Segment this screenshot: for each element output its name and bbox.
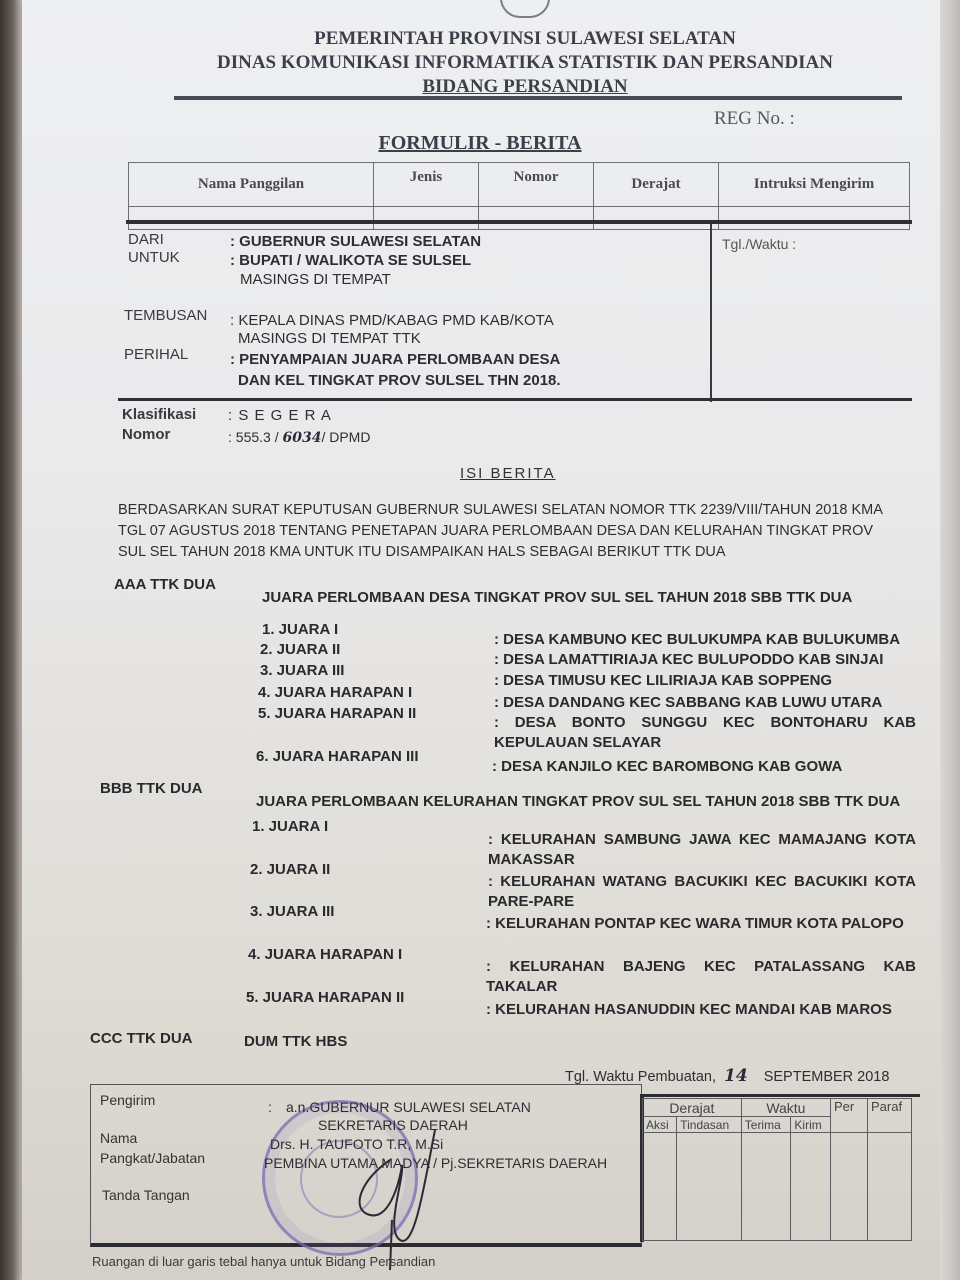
b-rank-5: 5. JUARA HARAPAN II [246, 989, 404, 1006]
a-value-5: : DESA BONTO SUNGGU KEC BONTOHARU KAB KE… [494, 713, 916, 753]
b-value-3: : KELURAHAN PONTAP KEC WARA TIMUR KOTA P… [486, 914, 916, 934]
col-jenis: Jenis [374, 163, 479, 207]
klasifikasi-label: Klasifikasi [122, 406, 196, 423]
value-untuk-cont: MASINGS DI TEMPAT [240, 271, 391, 288]
sender-line-2: SEKRETARIS DAERAH [318, 1117, 468, 1133]
header-line-1: PEMERINTAH PROVINSI SULAWESI SELATAN [150, 28, 900, 50]
receipt-cell-per [831, 1133, 868, 1241]
section-b-title: JUARA PERLOMBAAN KELURAHAN TINGKAT PROV … [256, 793, 900, 810]
label-dari: DARI [128, 231, 164, 248]
sender-line-1: a.n.GUBERNUR SULAWESI SELATAN [286, 1099, 531, 1115]
cell-nama-panggilan [129, 207, 374, 230]
value-perihal: : PENYAMPAIAN JUARA PERLOMBAAN DESA [230, 351, 560, 368]
receipt-cell-tindasan [677, 1133, 742, 1241]
value-tembusan: : KEPALA DINAS PMD/KABAG PMD KAB/KOTA [230, 312, 554, 329]
a-rank-4: 4. JUARA HARAPAN I [258, 684, 412, 701]
receipt-paraf: Paraf [868, 1099, 912, 1133]
a-rank-6: 6. JUARA HARAPAN III [256, 748, 419, 765]
footnote: Ruangan di luar garis tebal hanya untuk … [92, 1254, 435, 1269]
receipt-kirim: Kirim [791, 1117, 831, 1133]
label-untuk: UNTUK [128, 249, 180, 266]
cell-derajat [594, 207, 719, 230]
creation-date-label: Tgl. Waktu Pembuatan, [565, 1069, 716, 1085]
nomor-value: : 555.3 / 6034/ DPMD [228, 429, 370, 446]
value-dari: : GUBERNUR SULAWESI SELATAN [230, 233, 481, 250]
receipt-aksi: Aksi [643, 1117, 677, 1133]
a-rank-2: 2. JUARA II [260, 641, 340, 658]
receipt-per: Per [831, 1099, 868, 1133]
a-rank-1: 1. JUARA I [262, 621, 338, 638]
col-derajat: Derajat [594, 163, 719, 207]
desk-background-left [0, 0, 22, 1280]
intro-line-3: SUL SEL TAHUN 2018 KMA UNTUK ITU DISAMPA… [118, 542, 918, 563]
receipt-waktu: Waktu [741, 1099, 830, 1117]
receipt-cell-terima [741, 1133, 791, 1241]
isi-berita-title: ISI BERITA [460, 465, 556, 482]
a-value-4: : DESA DANDANG KEC SABBANG KAB LUWU UTAR… [494, 693, 914, 713]
pangkat-label: Pangkat/Jabatan [100, 1150, 205, 1166]
thick-rule-address [118, 398, 912, 401]
receipt-cell-kirim [791, 1133, 831, 1241]
receipt-terima: Terima [741, 1117, 791, 1133]
b-rank-3: 3. JUARA III [250, 903, 334, 920]
b-value-5: : KELURAHAN HASANUDDIN KEC MANDAI KAB MA… [486, 1000, 916, 1020]
a-value-2: : DESA LAMATTIRIAJA KEC BULUPODDO KAB SI… [494, 650, 914, 670]
a-rank-3: 3. JUARA III [260, 662, 344, 679]
nama-label: Nama [100, 1130, 137, 1146]
receipt-cell-paraf [868, 1133, 912, 1241]
header-line-2: DINAS KOMUNIKASI INFORMATIKA STATISTIK D… [150, 52, 900, 74]
cell-nomor [479, 207, 594, 230]
pengirim-colon: : [268, 1099, 272, 1115]
pengirim-label: Pengirim [100, 1092, 155, 1108]
header-line-3-text: BIDANG PERSANDIAN [422, 76, 627, 97]
receipt-rule-top [640, 1094, 920, 1097]
sender-name: Drs. H. TAUFOTO T.R, M.Si [270, 1136, 443, 1152]
klasifikasi-value: : S E G E R A [228, 407, 332, 424]
b-value-2: : KELURAHAN WATANG BACUKIKI KEC BACUKIKI… [488, 872, 916, 912]
b-value-1: : KELURAHAN SAMBUNG JAWA KEC MAMAJANG KO… [488, 830, 916, 870]
section-c-title: DUM TTK HBS [244, 1033, 347, 1050]
receipt-derajat: Derajat [643, 1099, 742, 1117]
intro-paragraph: BERDASARKAN SURAT KEPUTUSAN GUBERNUR SUL… [118, 500, 918, 563]
header-rule [174, 96, 902, 100]
a-value-1: : DESA KAMBUNO KEC BULUKUMPA KAB BULUKUM… [494, 630, 914, 650]
creation-date: Tgl. Waktu Pembuatan, 14 SEPTEMBER 2018 [565, 1066, 889, 1086]
b-rank-1: 1. JUARA I [252, 818, 328, 835]
intro-line-2: TGL 07 AGUSTUS 2018 TENTANG PENETAPAN JU… [118, 521, 918, 542]
receipt-tindasan: Tindasan [677, 1117, 742, 1133]
creation-date-day: 14 [724, 1066, 748, 1086]
section-a-title: JUARA PERLOMBAAN DESA TINGKAT PROV SUL S… [262, 589, 852, 606]
a-rank-5: 5. JUARA HARAPAN II [258, 705, 416, 722]
form-title: FORMULIR - BERITA [0, 132, 960, 155]
col-nomor: Nomor [479, 163, 594, 207]
a-value-6: : DESA KANJILO KEC BAROMBONG KAB GOWA [492, 757, 912, 777]
section-c-label: CCC TTK DUA [90, 1030, 193, 1047]
section-a-label: AAA TTK DUA [114, 576, 216, 593]
b-value-4: : KELURAHAN BAJENG KEC PATALASSANG KAB T… [486, 957, 916, 997]
cell-jenis [374, 207, 479, 230]
col-intruksi-mengirim: Intruksi Mengirim [719, 163, 910, 207]
paper-edge-right [940, 0, 960, 1280]
section-b-label: BBB TTK DUA [100, 780, 203, 797]
header-line-3: BIDANG PERSANDIAN [150, 76, 900, 98]
nomor-label: Nomor [122, 426, 170, 443]
a-value-3: : DESA TIMUSU KEC LILIRIAJA KAB SOPPENG [494, 671, 914, 691]
label-perihal: PERIHAL [124, 346, 188, 363]
value-untuk: : BUPATI / WALIKOTA SE SULSEL [230, 252, 471, 269]
receipt-table: Derajat Waktu Per Paraf Aksi Tindasan Te… [642, 1098, 912, 1241]
tanda-tangan-label: Tanda Tangan [102, 1187, 190, 1203]
col-nama-panggilan: Nama Panggilan [129, 163, 374, 207]
tgl-waktu-label: Tgl./Waktu : [722, 236, 796, 252]
label-tembusan: TEMBUSAN [124, 307, 207, 324]
sender-rank: PEMBINA UTAMA MADYA / Pj.SEKRETARIS DAER… [264, 1155, 607, 1171]
reg-no-label: REG No. : [714, 108, 795, 130]
receipt-cell-aksi [643, 1133, 677, 1241]
nomor-suffix: / DPMD [321, 429, 370, 445]
value-tembusan-cont: MASINGS DI TEMPAT TTK [238, 330, 421, 347]
creation-date-rest: SEPTEMBER 2018 [764, 1069, 890, 1085]
intro-line-1: BERDASARKAN SURAT KEPUTUSAN GUBERNUR SUL… [118, 500, 918, 521]
b-rank-4: 4. JUARA HARAPAN I [248, 946, 402, 963]
nomor-prefix: : 555.3 / [228, 429, 279, 445]
nomor-handwritten: 6034 [282, 430, 321, 446]
value-perihal-cont: DAN KEL TINGKAT PROV SULSEL THN 2018. [238, 372, 561, 389]
b-rank-2: 2. JUARA II [250, 861, 330, 878]
